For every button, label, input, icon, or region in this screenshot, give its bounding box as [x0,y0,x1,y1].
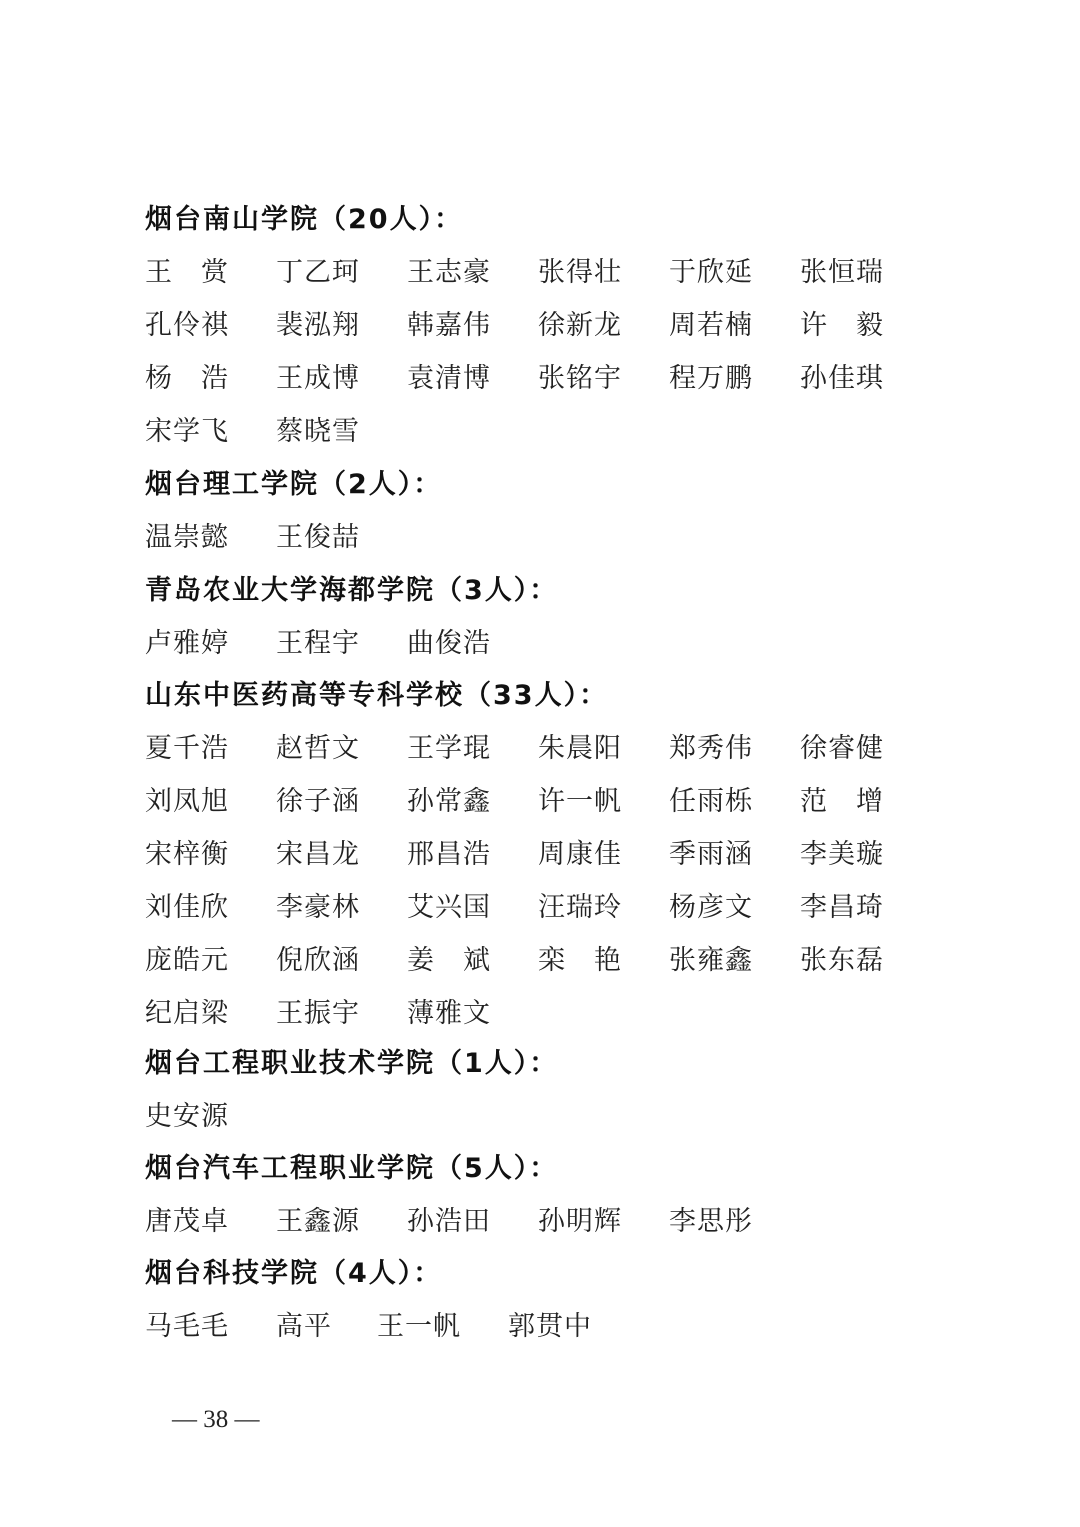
name-item: 唐茂卓 [145,1195,276,1248]
name-item: 姜 斌 [407,934,538,987]
name-list: 温崇懿 王俊喆 [145,511,945,564]
section-yantai-engineering-vocational: 烟台工程职业技术学院（1人）： 史安源 [145,1037,945,1143]
name-item: 孙常鑫 [407,775,538,828]
section-heading: 烟台南山学院（20人）： [145,193,945,246]
page-number: — 38 — [172,1400,260,1440]
name-item: 庞皓元 [145,934,276,987]
name-item: 温崇懿 [145,511,276,564]
name-item: 刘凤旭 [145,775,276,828]
name-item: 许一帆 [538,775,669,828]
name-item: 王振宇 [276,987,407,1040]
name-item: 宋学飞 [145,405,276,458]
name-item: 栾 艳 [538,934,669,987]
name-item: 张铭宇 [538,352,669,405]
name-item: 张东磊 [800,934,931,987]
name-item: 徐新龙 [538,299,669,352]
name-item: 程万鹏 [669,352,800,405]
section-qingdao-haidu: 青岛农业大学海都学院（3人）： 卢雅婷 王程宇 曲俊浩 [145,564,945,670]
name-item: 季雨涵 [669,828,800,881]
name-item: 纪启梁 [145,987,276,1040]
name-item: 王 赏 [145,246,276,299]
name-item: 范 增 [800,775,931,828]
name-item: 周若楠 [669,299,800,352]
name-item: 王成博 [276,352,407,405]
section-heading: 烟台科技学院（4人）： [145,1247,945,1300]
name-item: 朱晨阳 [538,722,669,775]
name-list: 卢雅婷 王程宇 曲俊浩 [145,617,945,670]
name-item: 王程宇 [276,617,407,670]
name-item: 赵哲文 [276,722,407,775]
name-item: 李昌琦 [800,881,931,934]
name-item: 薄雅文 [407,987,538,1040]
section-yantai-nanshan: 烟台南山学院（20人）： 王 赏 丁乙珂 王志豪 张得壮 于欣延 张恒瑞 孔伶祺… [145,193,945,458]
section-yantai-automotive: 烟台汽车工程职业学院（5人）： 唐茂卓 王鑫源 孙浩田 孙明辉 李思彤 [145,1142,945,1248]
name-item: 王鑫源 [276,1195,407,1248]
name-item: 韩嘉伟 [407,299,538,352]
section-yantai-ligong: 烟台理工学院（2人）： 温崇懿 王俊喆 [145,458,945,564]
name-item: 刘佳欣 [145,881,276,934]
name-item: 邢昌浩 [407,828,538,881]
name-item: 孙佳琪 [800,352,931,405]
name-item: 杨 浩 [145,352,276,405]
name-item: 李思彤 [669,1195,800,1248]
name-item: 卢雅婷 [145,617,276,670]
name-item: 王一帆 [377,1300,508,1353]
name-item: 汪瑞玲 [538,881,669,934]
name-item: 张得壮 [538,246,669,299]
name-item: 孙浩田 [407,1195,538,1248]
name-item: 史安源 [145,1090,276,1143]
name-item: 杨彦文 [669,881,800,934]
name-item: 周康佳 [538,828,669,881]
name-item: 王学琨 [407,722,538,775]
section-shandong-tcm: 山东中医药高等专科学校（33人）： 夏千浩 赵哲文 王学琨 朱晨阳 郑秀伟 徐睿… [145,669,945,1040]
name-item: 马毛毛 [145,1300,276,1353]
name-item: 宋梓衡 [145,828,276,881]
name-item: 裴泓翔 [276,299,407,352]
name-item: 曲俊浩 [407,617,538,670]
section-heading: 青岛农业大学海都学院（3人）： [145,564,945,617]
section-heading: 山东中医药高等专科学校（33人）： [145,669,945,722]
name-item: 袁清博 [407,352,538,405]
section-yantai-tech: 烟台科技学院（4人）： 马毛毛 高平 王一帆 郭贯中 [145,1247,945,1353]
name-item: 于欣延 [669,246,800,299]
section-heading: 烟台理工学院（2人）： [145,458,945,511]
name-list: 马毛毛 高平 王一帆 郭贯中 [145,1300,945,1353]
name-item: 张雍鑫 [669,934,800,987]
name-item: 倪欣涵 [276,934,407,987]
name-item: 徐子涵 [276,775,407,828]
name-item: 宋昌龙 [276,828,407,881]
name-item: 张恒瑞 [800,246,931,299]
name-item: 艾兴国 [407,881,538,934]
name-item: 孙明辉 [538,1195,669,1248]
name-item: 王志豪 [407,246,538,299]
name-item: 丁乙珂 [276,246,407,299]
name-item: 李豪林 [276,881,407,934]
name-list: 唐茂卓 王鑫源 孙浩田 孙明辉 李思彤 [145,1195,945,1248]
name-item: 许 毅 [800,299,931,352]
name-list: 夏千浩 赵哲文 王学琨 朱晨阳 郑秀伟 徐睿健 刘凤旭 徐子涵 孙常鑫 许一帆 … [145,722,945,1040]
name-item: 高平 [276,1300,377,1353]
section-heading: 烟台工程职业技术学院（1人）： [145,1037,945,1090]
name-item: 夏千浩 [145,722,276,775]
name-item: 王俊喆 [276,511,407,564]
section-heading: 烟台汽车工程职业学院（5人）： [145,1142,945,1195]
name-item: 李美璇 [800,828,931,881]
name-list: 王 赏 丁乙珂 王志豪 张得壮 于欣延 张恒瑞 孔伶祺 裴泓翔 韩嘉伟 徐新龙 … [145,246,945,458]
name-item: 郑秀伟 [669,722,800,775]
name-item: 徐睿健 [800,722,931,775]
name-item: 孔伶祺 [145,299,276,352]
name-list: 史安源 [145,1090,945,1143]
name-item: 任雨栎 [669,775,800,828]
name-item: 蔡晓雪 [276,405,407,458]
document-page: 烟台南山学院（20人）： 王 赏 丁乙珂 王志豪 张得壮 于欣延 张恒瑞 孔伶祺… [0,0,1080,1527]
name-item: 郭贯中 [508,1300,639,1353]
